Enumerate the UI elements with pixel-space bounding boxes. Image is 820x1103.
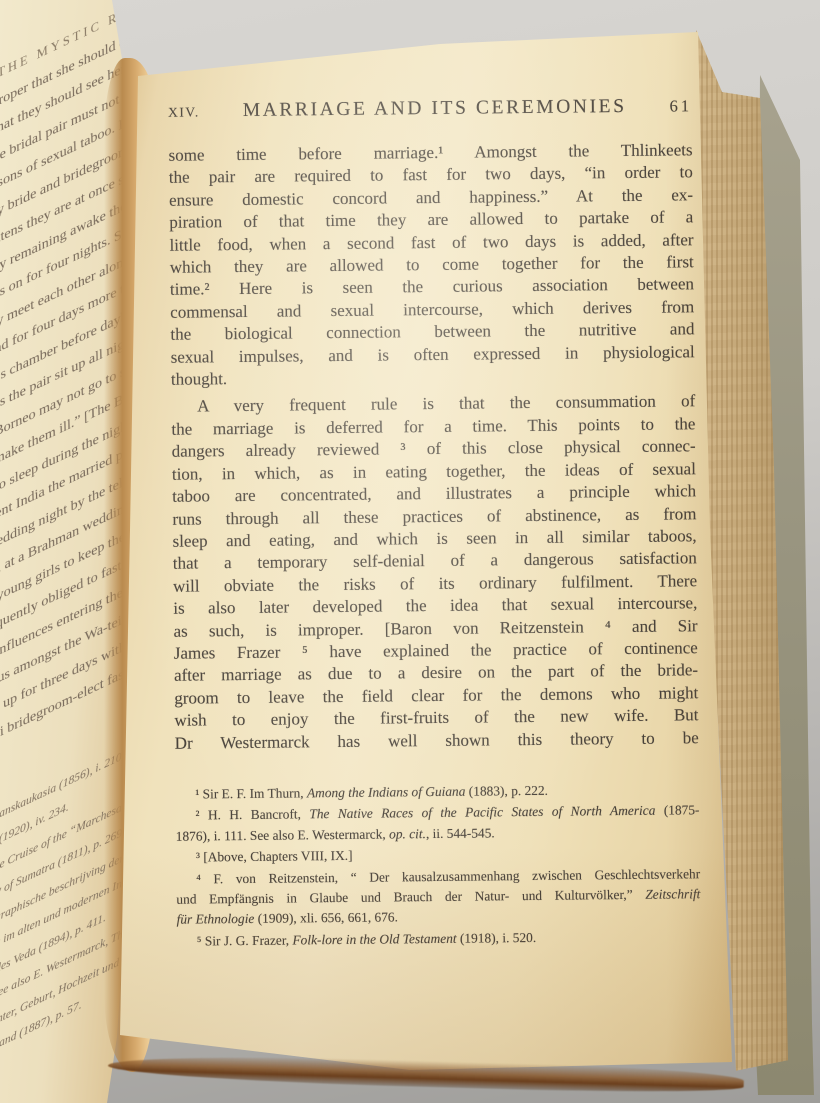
chapter-number: XIV. <box>168 104 200 120</box>
footnote-text: (1909), xli. 656, 661, 676. <box>254 910 398 927</box>
footnote-text: ⁴ F. von Reitzenstein, “ Der kausalzusam… <box>196 866 700 886</box>
page-content: XIV. MARRIAGE AND ITS CEREMONIES 61 some… <box>168 95 701 952</box>
footnote-text: und Empfängnis in Glaube und Brauch der … <box>176 887 645 907</box>
footnote-italic-text: op. cit. <box>389 826 426 841</box>
footnote-italic-text: The Native Races of the Pacific States o… <box>309 803 655 822</box>
footnote-text: , ii. 544-545. <box>426 825 495 841</box>
footnote-italic-text: Folk-lore in the Old Testament <box>292 931 456 948</box>
footnote-text: (1883), p. 222. <box>465 783 548 799</box>
footnote-text: ² H. H. Bancroft, <box>195 807 309 823</box>
body-line: Dr Westermarck has well shown this theor… <box>175 727 699 755</box>
footnote-text: ¹ Sir E. F. Im Thurn, <box>195 785 307 801</box>
body-text: some time before marriage.¹ Amongst the … <box>168 139 698 754</box>
right-page: XIV. MARRIAGE AND ITS CEREMONIES 61 some… <box>110 30 742 1076</box>
footnote-text: (1918), i. 520. <box>456 930 536 946</box>
footnote-italic-text: für Ethnologie <box>177 911 255 927</box>
page-header: XIV. MARRIAGE AND ITS CEREMONIES 61 <box>168 95 692 122</box>
footnote-italic-text: Among the Indians of Guiana <box>307 784 466 801</box>
footnote: ⁴ F. von Reitzenstein, “ Der kausalzusam… <box>176 864 701 931</box>
page-number: 61 <box>669 96 692 116</box>
footnote-text: 1876), i. 111. See also E. Westermarck, <box>176 826 390 843</box>
footnote-italic-text: Zeitschrift <box>645 886 700 902</box>
footnote-text: (1875- <box>655 803 699 818</box>
body-paragraph: A very frequent rule is that the consumm… <box>171 391 699 755</box>
page-title: MARRIAGE AND ITS CEREMONIES <box>243 96 627 122</box>
footnote: ⁵ Sir J. G. Frazer, Folk-lore in the Old… <box>177 926 701 952</box>
book-photo: THE MYSTIC ROit is not proper that she s… <box>0 0 820 1103</box>
footnote-line: ⁵ Sir J. G. Frazer, Folk-lore in the Old… <box>177 926 701 952</box>
body-paragraph: some time before marriage.¹ Amongst the … <box>168 139 695 391</box>
footnotes: ¹ Sir E. F. Im Thurn, Among the Indians … <box>175 779 701 952</box>
footnote: ² H. H. Bancroft, The Native Races of th… <box>175 801 699 847</box>
footnote-text: ⁵ Sir J. G. Frazer, <box>197 932 293 948</box>
footnote-text: ³ [Above, Chapters VIII, IX.] <box>196 848 353 865</box>
